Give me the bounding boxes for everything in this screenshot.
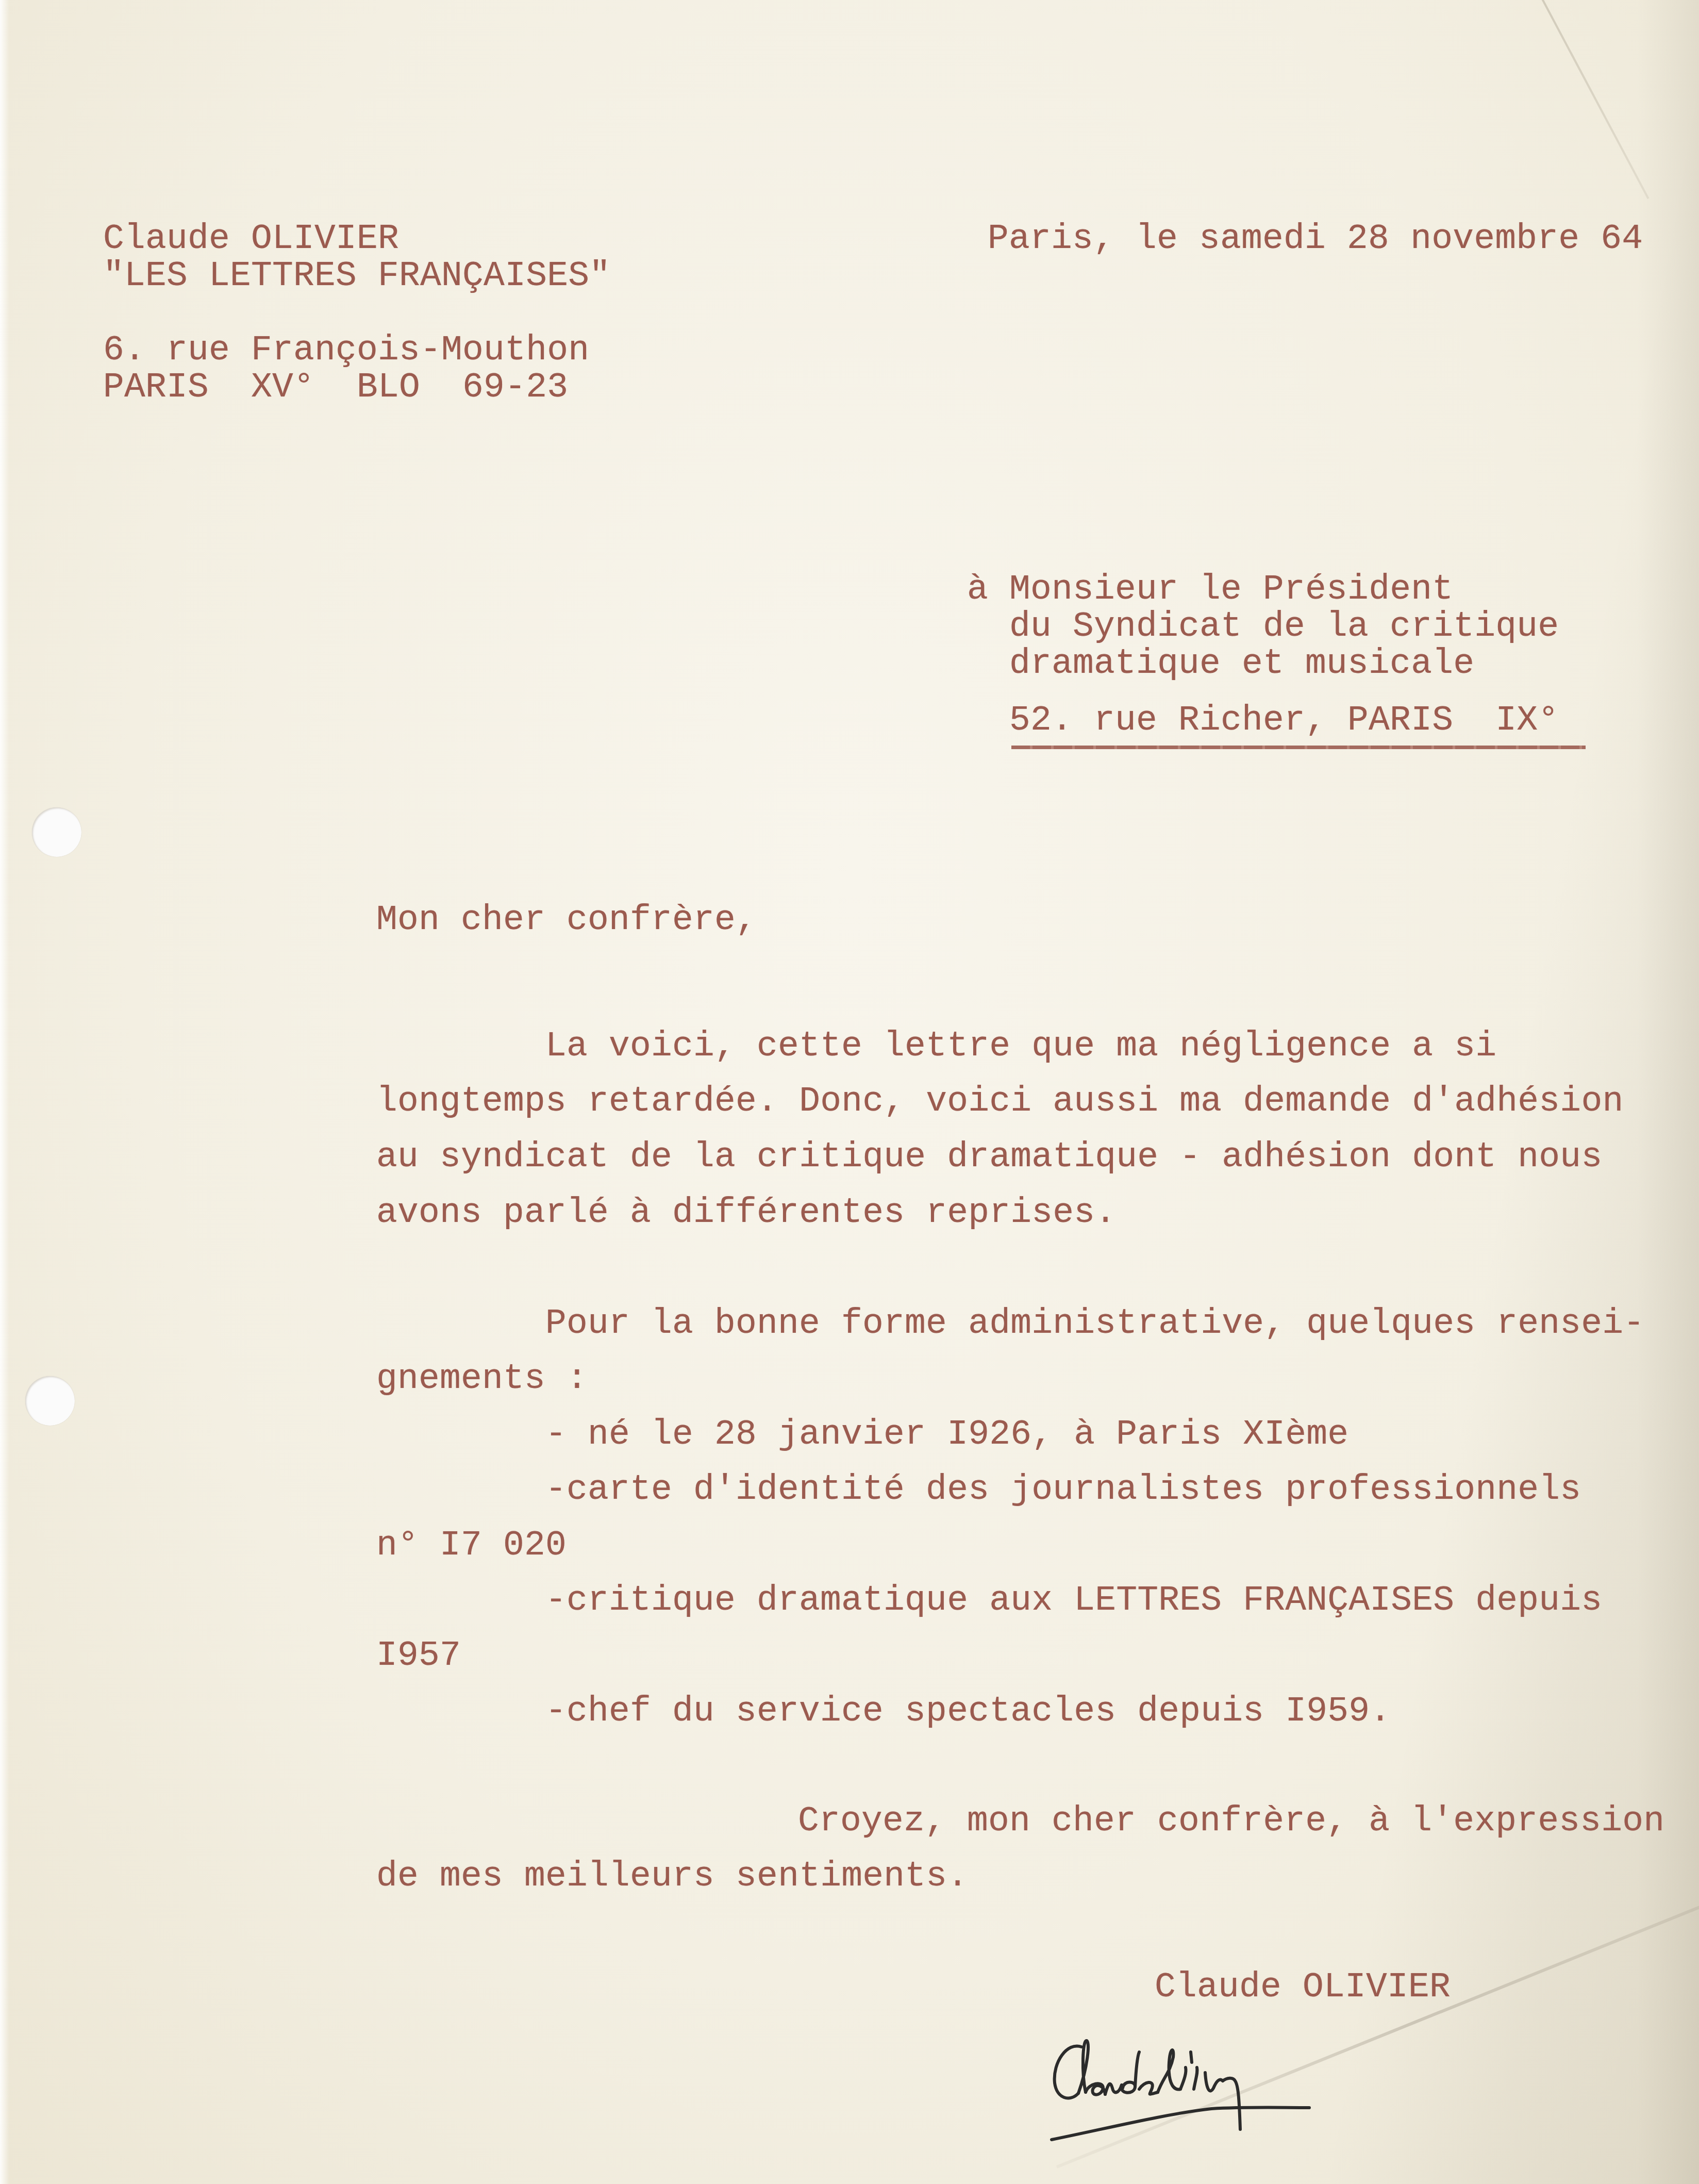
sender-address-line2: PARIS XV° BLO 69-23 bbox=[103, 367, 568, 408]
closing-line1: Croyez, mon cher confrère, à l'expressio… bbox=[798, 1801, 1664, 1842]
recipient-address: 52. rue Richer, PARIS IX° bbox=[1009, 700, 1559, 741]
info-item-press-card-number: n° I7 020 bbox=[376, 1525, 567, 1566]
sender-name: Claude OLIVIER bbox=[103, 219, 399, 260]
sender-address-line1: 6. rue François-Mouthon bbox=[103, 330, 589, 371]
punch-hole-lower bbox=[25, 1376, 75, 1426]
info-item-press-card: -carte d'identité des journalistes profe… bbox=[545, 1469, 1581, 1511]
paper-crease-top bbox=[1536, 0, 1649, 199]
letter-page: Claude OLIVIER "LES LETTRES FRANÇAISES" … bbox=[0, 0, 1699, 2184]
sender-publication: "LES LETTRES FRANÇAISES" bbox=[103, 256, 610, 297]
recipient-line2: du Syndicat de la critique bbox=[1009, 606, 1559, 648]
page-edge-highlight bbox=[0, 0, 9, 2184]
paragraph1-line: longtemps retardée. Donc, voici aussi ma… bbox=[376, 1081, 1623, 1122]
paragraph1-line: avons parlé à différentes reprises. bbox=[376, 1193, 1116, 1234]
info-item-birth: - né le 28 janvier I926, à Paris XIème bbox=[545, 1414, 1348, 1455]
info-item-critic: -critique dramatique aux LETTRES FRANÇAI… bbox=[545, 1580, 1602, 1622]
info-item-chief: -chef du service spectacles depuis I959. bbox=[545, 1691, 1391, 1732]
date-line: Paris, le samedi 28 novembre 64 bbox=[988, 219, 1643, 260]
recipient-line1: à Monsieur le Président bbox=[967, 569, 1453, 610]
punch-hole-upper bbox=[32, 807, 81, 857]
salutation: Mon cher confrère, bbox=[376, 900, 757, 941]
info-item-critic-year: I957 bbox=[376, 1635, 461, 1677]
recipient-underline bbox=[1011, 746, 1586, 749]
paragraph1-line: La voici, cette lettre que ma négligence… bbox=[545, 1026, 1496, 1067]
page-edge-shadow bbox=[1637, 0, 1699, 2184]
typed-signature: Claude OLIVIER bbox=[1155, 1967, 1451, 2008]
handwritten-signature bbox=[1041, 2031, 1330, 2165]
recipient-line3: dramatique et musicale bbox=[1009, 643, 1474, 685]
paragraph1-line: au syndicat de la critique dramatique - … bbox=[376, 1137, 1602, 1178]
paragraph2-intro-line1: Pour la bonne forme administrative, quel… bbox=[545, 1303, 1644, 1345]
paragraph2-intro-line2: gnements : bbox=[376, 1359, 588, 1400]
closing-line2: de mes meilleurs sentiments. bbox=[376, 1856, 968, 1897]
